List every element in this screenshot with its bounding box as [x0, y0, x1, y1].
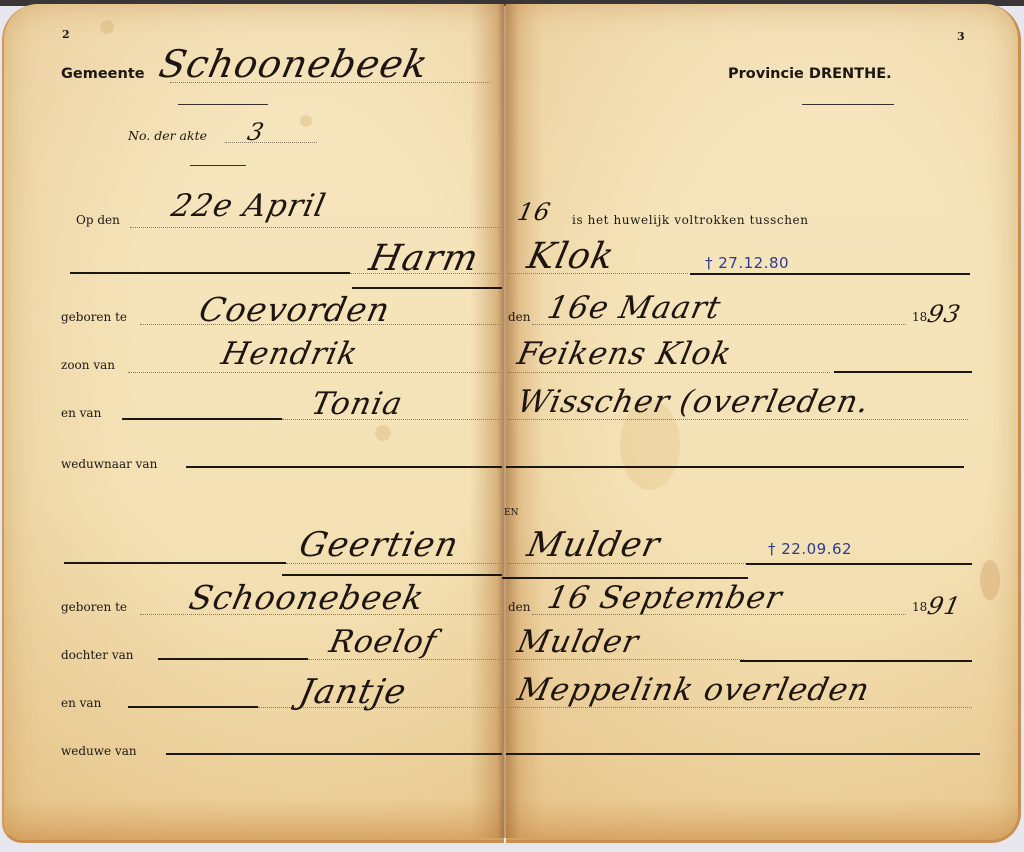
bride-mother-first-name: Jantje — [296, 672, 411, 712]
bride-surname-rule — [746, 563, 972, 565]
groom-birth-year-suffix: 93 — [925, 300, 963, 328]
bride-geboren-value: Schoonebeek — [186, 578, 428, 617]
divider-rule — [178, 104, 268, 105]
bride-den-label: den — [508, 600, 531, 614]
groom-en-van-label: en van — [61, 406, 101, 420]
divider-rule — [802, 104, 894, 105]
huwelijk-text: is het huwelijk voltrokken tusschen — [572, 213, 809, 227]
groom-father-first-name: Hendrik — [218, 336, 361, 372]
bride-birth-year-suffix: 91 — [925, 592, 963, 620]
year-handwritten-value: 16 — [515, 198, 553, 226]
groom-den-label: den — [508, 310, 531, 324]
bride-geboren-label: geboren te — [61, 600, 127, 614]
groom-surname-rule — [690, 273, 970, 275]
bride-father-rest: Mulder — [514, 624, 642, 660]
groom-first-name: Harm — [366, 238, 483, 279]
groom-mother-first-name: Tonia — [308, 386, 406, 422]
right-page — [506, 4, 1021, 843]
bride-death-note: † 22.09.62 — [768, 540, 852, 558]
paper-stain — [980, 560, 1000, 600]
akte-dotted-line — [225, 142, 317, 143]
bride-birth-day-month: 16 September — [544, 580, 786, 616]
bride-weduwe-rule — [166, 753, 502, 755]
gemeente-label: Gemeente — [61, 66, 145, 82]
bride-weduwe-rule-right — [506, 753, 980, 755]
bride-dochter-rule — [158, 658, 308, 660]
divider-rule — [190, 165, 246, 166]
provincie-label: Provincie DRENTHE. — [728, 66, 892, 82]
bride-en-van-label: en van — [61, 696, 101, 710]
bride-weduwe-label: weduwe van — [61, 744, 137, 758]
groom-surname: Klok — [524, 236, 619, 277]
groom-weduwnaar-rule-right — [506, 466, 964, 468]
bride-dochter-label: dochter van — [61, 648, 134, 662]
bride-father-first-name: Roelof — [326, 624, 440, 660]
groom-geboren-label: geboren te — [61, 310, 127, 324]
op-den-label: Op den — [76, 213, 120, 227]
groom-mother-rest: Wisscher (overleden. — [514, 384, 873, 420]
paper-stain — [300, 115, 312, 127]
op-den-dotted-line — [130, 227, 500, 228]
groom-zoon-label: zoon van — [61, 358, 115, 372]
groom-zoon-dotted-line — [128, 372, 500, 373]
akte-label: No. der akte — [128, 128, 207, 143]
bride-father-rule — [740, 660, 972, 662]
groom-father-rule — [834, 371, 972, 373]
bride-line-rule — [64, 562, 286, 564]
paper-stain — [375, 425, 391, 441]
groom-line-rule — [70, 272, 350, 274]
bride-en-van-rule — [128, 706, 258, 708]
groom-weduwnaar-label: weduwnaar van — [61, 457, 157, 471]
bride-first-name: Geertien — [296, 525, 463, 565]
groom-geboren-value: Coevorden — [196, 290, 394, 329]
groom-father-dotted-line — [508, 372, 830, 373]
page-number-right: 3 — [957, 30, 965, 43]
bride-surname: Mulder — [524, 525, 664, 565]
en-label: EN — [504, 508, 518, 518]
groom-underline-rule — [352, 287, 502, 289]
page-number-left: 2 — [62, 28, 70, 41]
groom-en-van-rule — [122, 418, 282, 420]
paper-stain — [100, 20, 114, 34]
gemeente-handwritten-value: Schoonebeek — [155, 42, 432, 86]
groom-birth-year-prefix: 18 — [912, 310, 927, 324]
bride-surname-underline — [502, 577, 748, 579]
groom-death-note: † 27.12.80 — [705, 254, 789, 272]
groom-father-rest: Feikens Klok — [514, 336, 735, 372]
spine-shadow-right — [504, 4, 544, 838]
bride-birth-year-prefix: 18 — [912, 600, 927, 614]
op-den-handwritten-value: 22e April — [168, 188, 329, 224]
bride-mother-rest: Meppelink overleden — [514, 672, 873, 708]
spine-shadow-left — [470, 4, 504, 838]
groom-weduwnaar-rule — [186, 466, 502, 468]
groom-birth-day-month: 16e Maart — [544, 290, 724, 326]
bride-underline-rule — [282, 574, 502, 576]
